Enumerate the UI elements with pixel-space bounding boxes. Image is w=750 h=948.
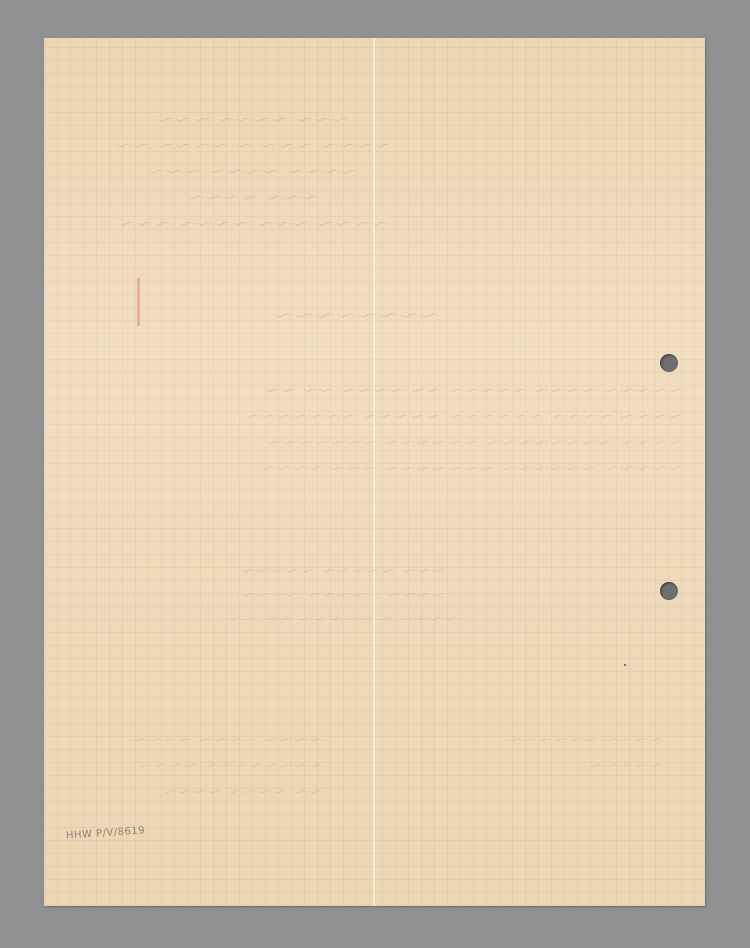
document-sheet: ～～～ ～～～～ ～～～～～～～ ～～～ ～ ～～～～ ～～～～～～ ～～～～ … [44, 38, 705, 906]
archive-reference-label: HHW P/V/8619 [66, 825, 146, 841]
speck-mark [624, 664, 626, 666]
bleed-through-signature-left: ～～～～ ～～～～ ～～～～～～～～～～～～ ～～～～～～ ～～～～ ～～～～ [74, 728, 324, 806]
bleed-through-header-block: ～～～ ～～～～ ～～～～～～～ ～～～ ～ ～～～～ ～～～～～～ ～～～～ … [74, 108, 434, 238]
bleed-through-center-block: ～～～ ～～～～～ ～～～～～～～～～ ～～～～～ ～～～～～～～～ ～ ～～～… [214, 560, 474, 632]
punch-hole-upper [660, 354, 678, 372]
bleed-through-signature-right: ～～～～ ～～～～～～～～～～～ [424, 728, 664, 780]
bleed-through-body-paragraph: ～～～～～ ～～～～ ～～～～～ ～～ ～～～～ ～～ ～～～～～～ ～～～～ … [69, 378, 684, 482]
bleed-through-salutation: ～～～～～～～～ [274, 300, 442, 329]
punch-hole-lower [660, 582, 678, 600]
red-pencil-mark [137, 278, 140, 326]
